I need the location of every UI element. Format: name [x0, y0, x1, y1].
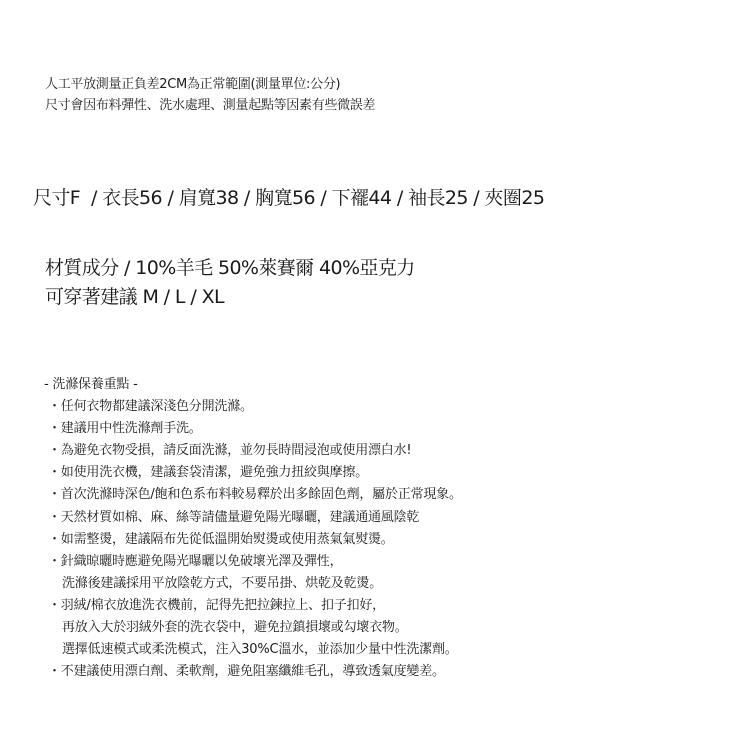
measurement-note-line-1: 人工平放測量正負差2CM為正常範圍(測量單位:公分) — [45, 74, 375, 95]
care-item-continuation: 再放入大於羽絨外套的洗衣袋中，避免拉鎮損壞或勾壞衣物。 — [44, 617, 462, 639]
care-item: ・針織晾曬時應避免陽光曝曬以免破壞光澤及彈性， — [44, 551, 462, 573]
recommended-fit: 可穿著建議 M / L / XL — [45, 283, 415, 312]
size-spec-text: 尺寸F / 衣長56 / 肩寬38 / 胸寬56 / 下襬44 / 袖長25 /… — [33, 184, 544, 212]
care-item: ・如需整燙，建議隔布先從低溫開始熨燙或使用蒸氣氣熨燙。 — [44, 529, 462, 551]
care-item: ・天然材質如棉、麻、絲等請儘量避免陽光曝曬，建議通通風陰乾 — [44, 507, 462, 529]
care-item: ・首次洗滌時深色/飽和色系布料較易釋於出多餘固色劑，屬於正常現象。 — [44, 484, 462, 506]
care-title: - 洗滌保養重點 - — [44, 374, 462, 396]
material-composition: 材質成分 / 10%羊毛 50%萊賽爾 40%亞克力 — [45, 254, 415, 283]
care-item: ・如使用洗衣機，建議套袋清潔，避免強力扭絞與摩擦。 — [44, 462, 462, 484]
measurement-note: 人工平放測量正負差2CM為正常範圍(測量單位:公分) 尺寸會因布料彈性、洗水處理… — [45, 74, 375, 116]
care-item: ・為避免衣物受損，請反面洗滌，並勿長時間浸泡或使用漂白水! — [44, 440, 462, 462]
care-item: ・任何衣物都建議深淺色分開洗滌。 — [44, 396, 462, 418]
size-spec: 尺寸F / 衣長56 / 肩寬38 / 胸寬56 / 下襬44 / 袖長25 /… — [33, 184, 544, 212]
care-item-continuation: 洗滌後建議採用平放陰乾方式，不要吊掛、烘乾及乾燙。 — [44, 573, 462, 595]
care-instructions: - 洗滌保養重點 - ・任何衣物都建議深淺色分開洗滌。 ・建議用中性洗滌劑手洗。… — [44, 374, 462, 683]
care-item: ・建議用中性洗滌劑手洗。 — [44, 418, 462, 440]
care-item: ・不建議使用漂白劑、柔軟劑，避免阻塞纖維毛孔，導致透氣度變差。 — [44, 661, 462, 683]
measurement-note-line-2: 尺寸會因布料彈性、洗水處理、測量起點等因素有些微誤差 — [45, 95, 375, 116]
care-item: ・羽絨/棉衣放進洗衣機前，記得先把拉鍊拉上、扣子扣好， — [44, 595, 462, 617]
care-item-continuation: 選擇低速模式或柔洗模式，注入30%C溫水，並添加少量中性洗潔劑。 — [44, 639, 462, 661]
material-info: 材質成分 / 10%羊毛 50%萊賽爾 40%亞克力 可穿著建議 M / L /… — [45, 254, 415, 312]
